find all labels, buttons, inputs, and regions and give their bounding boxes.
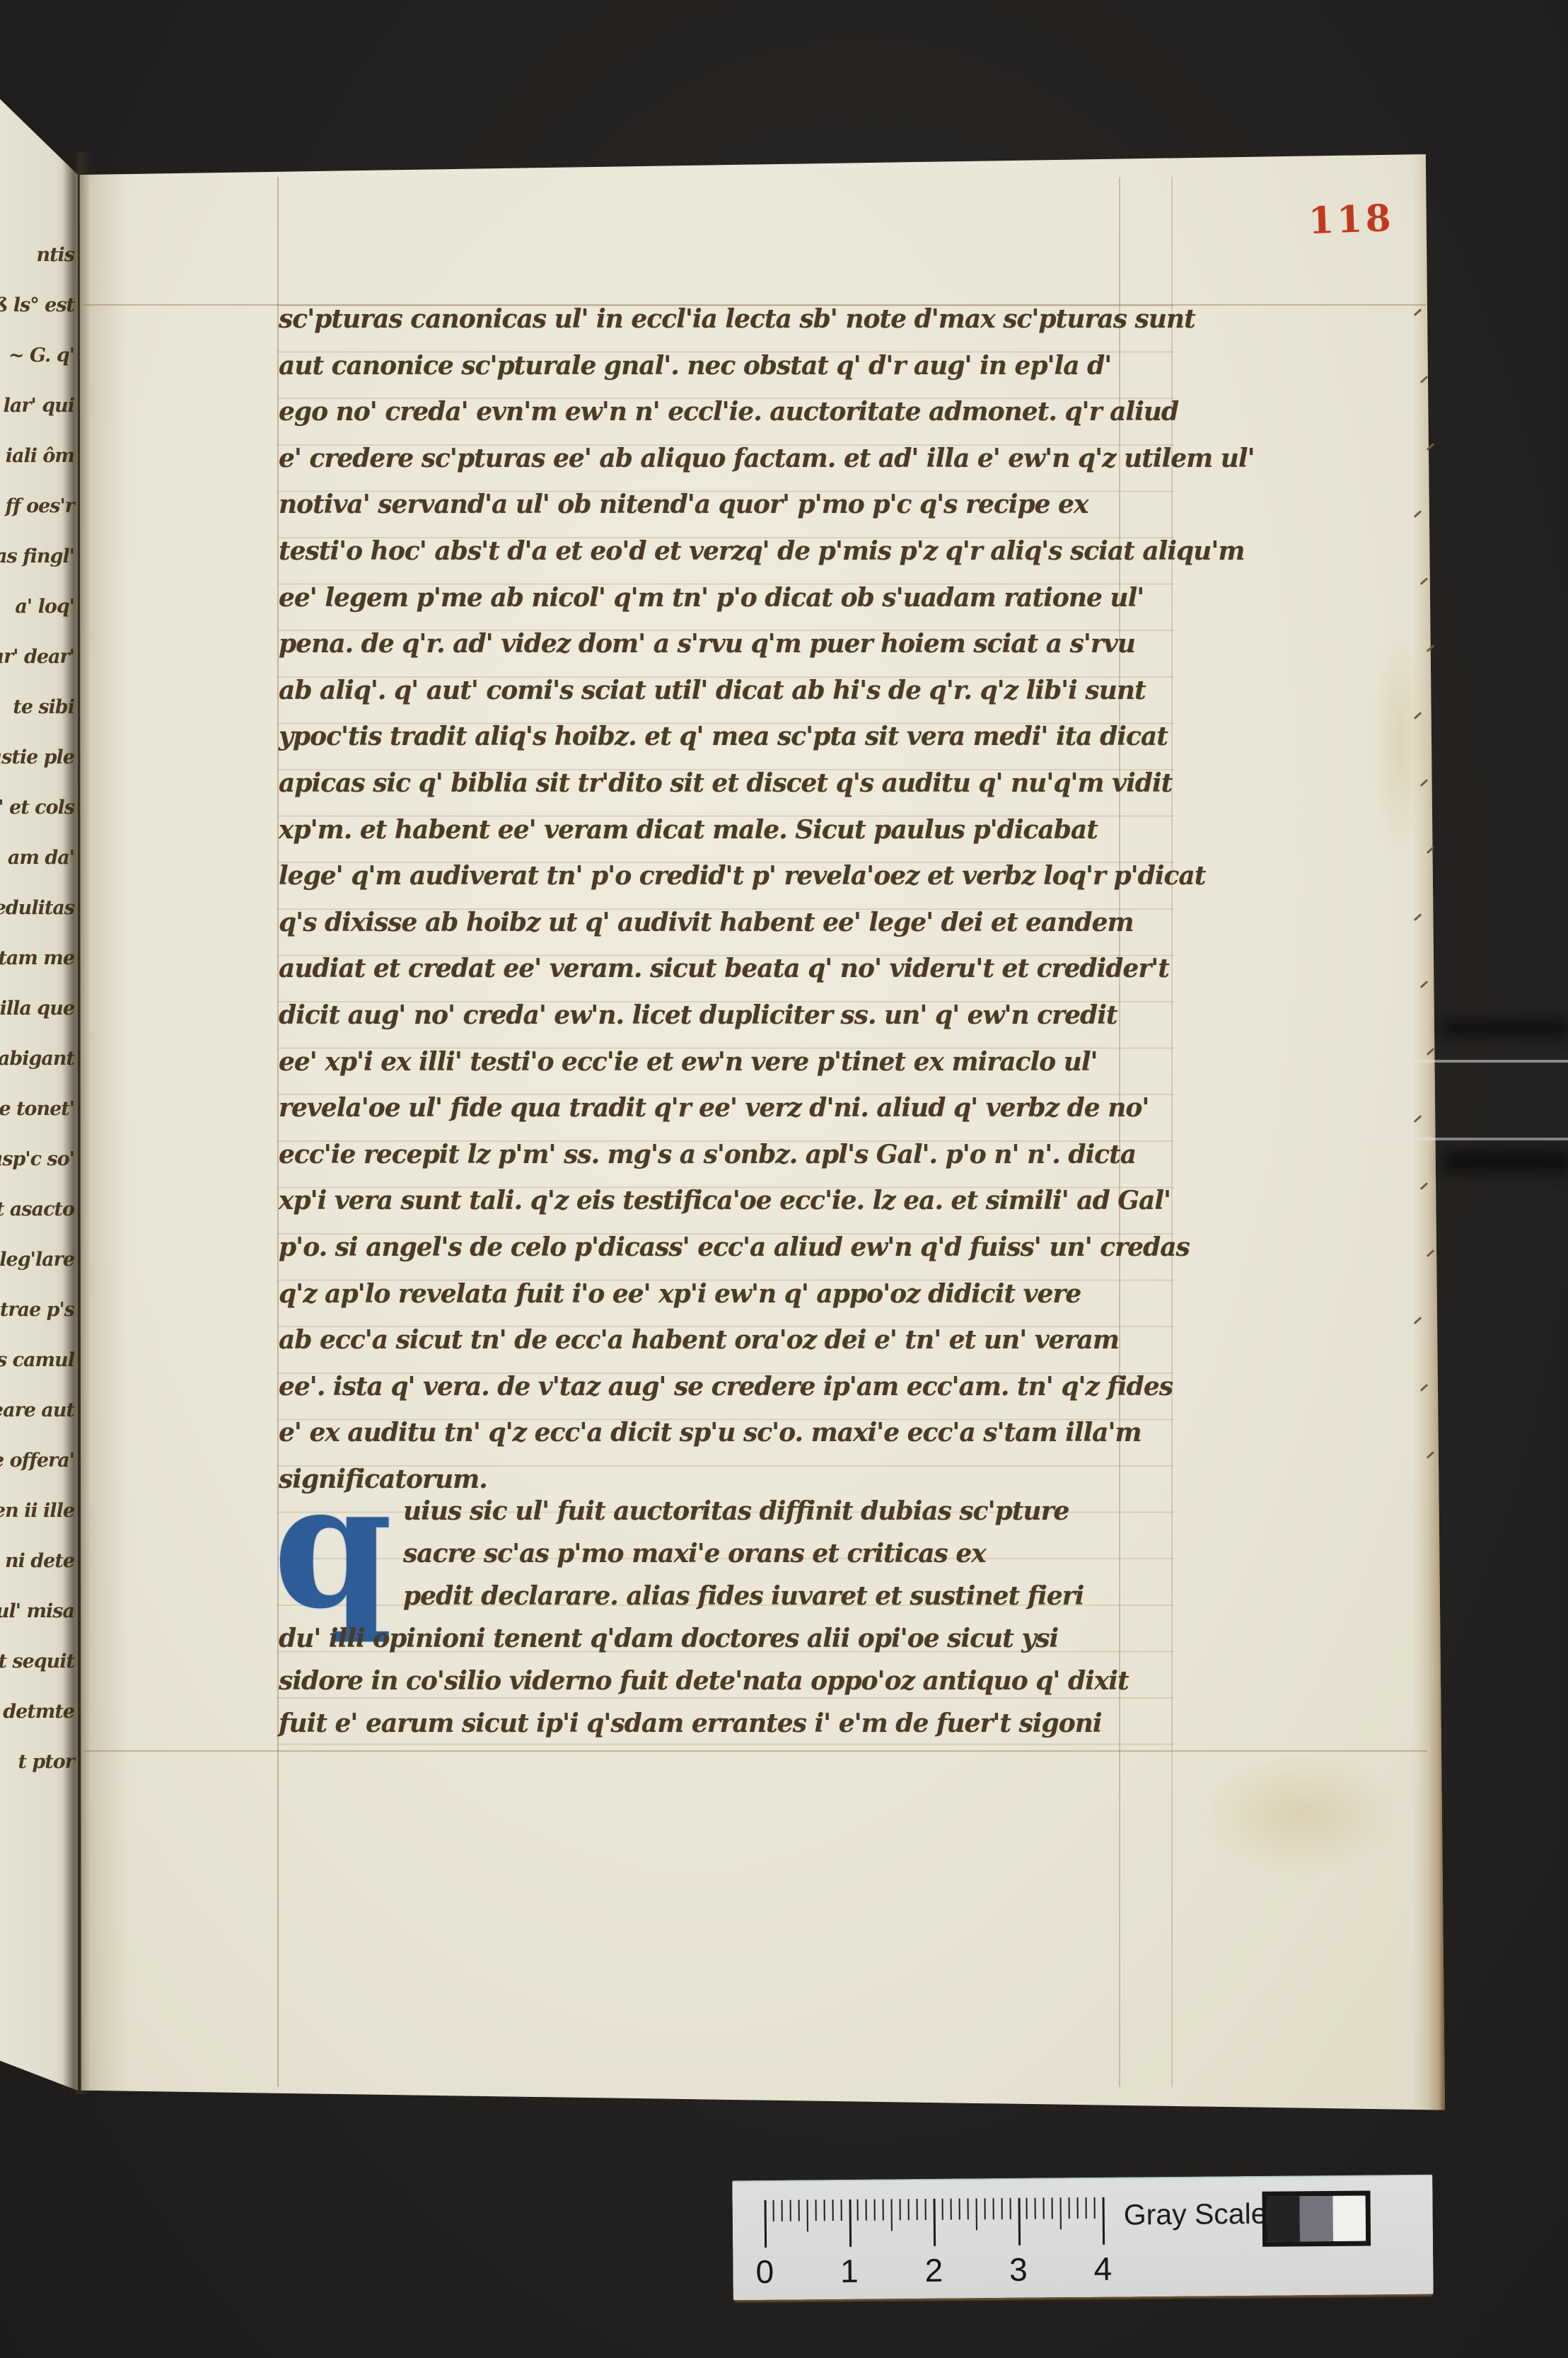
strap-shadow [1443, 1150, 1568, 1174]
ruler-tick [798, 2200, 799, 2221]
parchment-stain [1372, 623, 1429, 863]
grayscale-patch [1332, 2196, 1366, 2241]
manuscript-line: xp'i vera sunt tali. q'z eis testifica'o… [279, 1188, 1171, 1213]
manuscript-line: e' ex auditu tn' q'z ecc'a dicit sp'u sc… [279, 1420, 1142, 1445]
ruler-card: 01234 Gray Scale [732, 2175, 1433, 2301]
manuscript-photo: ntisß ls° est~ G. q'lar' quiiali ômff oe… [0, 0, 1568, 2358]
ruler-tick [1060, 2197, 1062, 2229]
manuscript-line: pena. de q'r. ad' videz dom' a s'rvu q'm… [279, 631, 1135, 657]
manuscript-line: fuit e' earum sicut ip'i q'sdam errantes… [279, 1711, 1102, 1736]
ruler-tick [984, 2198, 985, 2219]
strap-shadow [1443, 1019, 1568, 1037]
manuscript-line: sidore in co'silio viderno fuit dete'nat… [279, 1668, 1129, 1694]
ruler-tick [874, 2200, 876, 2221]
manuscript-line: ab aliq'. q' aut' comi's sciat util' dic… [279, 678, 1146, 703]
ruler-number: 2 [924, 2251, 943, 2289]
manuscript-line: revela'oe ul' fide qua tradit q'r ee' ve… [279, 1095, 1149, 1121]
ruler-number: 3 [1009, 2250, 1028, 2289]
page-holder-strap [1331, 1060, 1568, 1140]
manuscript-line: sacre sc'as p'mo maxi'e orans et critica… [403, 1541, 986, 1566]
ruler-tick [857, 2200, 859, 2221]
ruler-tick [950, 2199, 951, 2220]
manuscript-line: xp'm. et habent ee' veram dicat male. Si… [279, 817, 1098, 843]
folio-number: 118 [1308, 197, 1395, 243]
ruler-tick [967, 2198, 968, 2219]
ruler-number: 0 [755, 2253, 774, 2291]
ruler-tick [925, 2199, 927, 2220]
manuscript-line: notiva' servand'a ul' ob nitend'a quor' … [279, 492, 1088, 517]
manuscript-line: ee' xp'i ex illi' testi'o ecc'ie et ew'n… [279, 1049, 1098, 1075]
ruler-tick [1094, 2197, 1096, 2219]
ruler-tick [806, 2200, 808, 2231]
ruler-tick [1043, 2197, 1045, 2219]
ruler-tick [765, 2200, 767, 2248]
ruler-tick [1103, 2197, 1105, 2245]
ruler-tick [917, 2199, 918, 2220]
ruler-tick [1026, 2198, 1028, 2219]
ruler-tick [772, 2200, 774, 2221]
ruler-tick [1035, 2198, 1036, 2219]
manuscript-line: ab ecc'a sicut tn' de ecc'a habent ora'o… [279, 1327, 1119, 1353]
manuscript-line: p'o. si angel's de celo p'dicass' ecc'a … [279, 1235, 1190, 1260]
manuscript-line: ypoc'tis tradit aliq's hoibz. et q' mea … [279, 724, 1168, 749]
ruler-tick [958, 2199, 960, 2220]
ruler-tick [900, 2199, 901, 2220]
manuscript-line: aut canonice sc'pturale gnal'. nec obsta… [279, 353, 1111, 378]
ruler-tick [789, 2200, 791, 2221]
ruler-tick [849, 2200, 852, 2247]
ruler-tick [1077, 2197, 1079, 2219]
manuscript-line: testi'o hoc' abs't d'a et eo'd et verzq'… [279, 538, 1244, 564]
manuscript-line: ego no' creda' evn'm ew'n n' eccl'ie. au… [279, 399, 1178, 424]
ruler-tick [1069, 2197, 1070, 2219]
manuscript-line: q's dixisse ab hoibz ut q' audivit haben… [279, 910, 1134, 935]
manuscript-line: dicit aug' no' creda' ew'n. licet duplic… [279, 1002, 1117, 1028]
parchment-stain [1202, 1755, 1400, 1875]
manuscript-line: e' credere sc'pturas ee' ab aliquo facta… [279, 446, 1255, 471]
ruler-tick [1009, 2198, 1011, 2219]
ruler-tick [866, 2200, 867, 2221]
ruler-tick [975, 2198, 977, 2230]
manuscript-line: ee'. ista q' vera. de v'taz aug' se cred… [279, 1374, 1173, 1399]
ruler-tick [992, 2198, 994, 2219]
manuscript-line: audiat et credat ee' veram. sicut beata … [279, 956, 1169, 981]
ruler-tick [1001, 2198, 1002, 2219]
ruler-tick [1018, 2198, 1021, 2246]
manuscript-line: sc'pturas canonicas ul' in eccl'ia lecta… [279, 306, 1195, 332]
gray-scale-label: Gray Scale [1124, 2197, 1267, 2232]
manuscript-line: q'z ap'lo revelata fuit i'o ee' xp'i ew'… [279, 1281, 1081, 1307]
grayscale-patch [1267, 2196, 1301, 2241]
manuscript-line: du' illi opinioni tenent q'dam doctores … [279, 1626, 1058, 1651]
ruler-tick [815, 2200, 816, 2221]
gutter-shadow [62, 152, 91, 2094]
gray-scale-patches [1262, 2190, 1371, 2246]
ruler-tick [781, 2200, 782, 2221]
manuscript-line: ecc'ie recepit lz p'm' ss. mg's a s'onbz… [279, 1142, 1136, 1167]
ruler-tick [832, 2200, 833, 2221]
ruler-tick [941, 2199, 943, 2220]
ruler-tick [934, 2199, 936, 2246]
ruler-tick [1086, 2197, 1087, 2219]
ruler-tick [823, 2200, 825, 2221]
illuminated-initial: q [273, 1463, 393, 1631]
ruler-ticks [732, 2176, 1432, 2183]
manuscript-line: ee' legem p'me ab nicol' q'm tn' p'o dic… [279, 585, 1144, 611]
ruler-numbers: 01234 [732, 2176, 1432, 2183]
ruler-number: 1 [840, 2252, 859, 2290]
ruler-tick [1052, 2197, 1053, 2219]
manuscript-line: lege' q'm audiverat tn' p'o credid't p' … [279, 863, 1205, 889]
manuscript-line: uius sic ul' fuit auctoritas diffinit du… [403, 1498, 1069, 1524]
ruler-tick [840, 2200, 842, 2221]
ruler-number: 4 [1093, 2250, 1112, 2288]
ruler-tick [908, 2199, 910, 2220]
ruler-tick [891, 2199, 893, 2231]
manuscript-line: apicas sic q' biblia sit tr'dito sit et … [279, 770, 1172, 796]
grayscale-patch [1300, 2196, 1333, 2241]
ruler-tick [883, 2199, 884, 2220]
manuscript-line: pedit declarare. alias fides iuvaret et … [403, 1583, 1084, 1609]
